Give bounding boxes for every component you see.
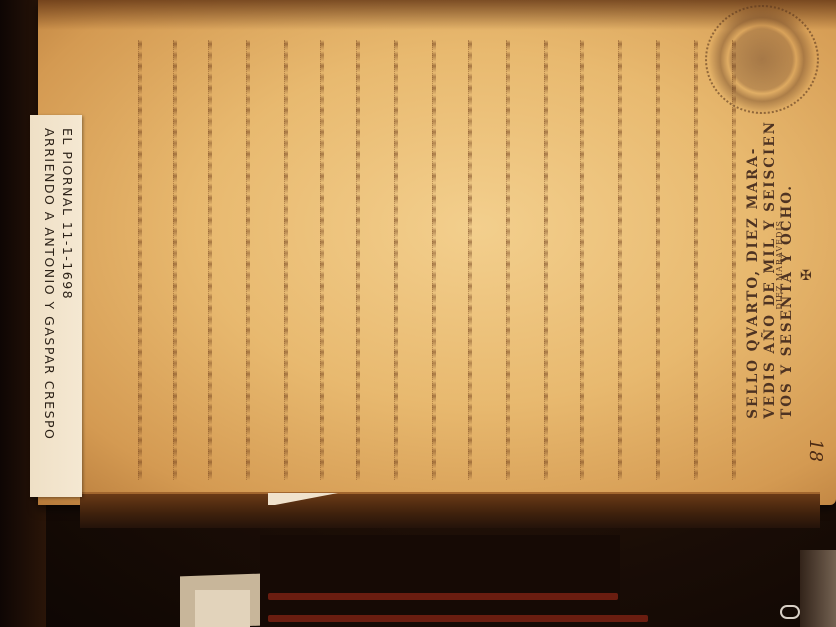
handwritten-line — [618, 40, 622, 480]
folio-number: 18 — [805, 439, 826, 462]
page-stack-edge — [80, 492, 820, 528]
handwritten-line — [394, 40, 398, 480]
handwritten-line — [138, 40, 142, 480]
handwritten-line — [468, 40, 472, 480]
binding-red-band — [268, 615, 648, 622]
book-binding — [260, 535, 620, 627]
handwritten-line — [694, 40, 698, 480]
handwritten-line — [580, 40, 584, 480]
side-object — [800, 550, 836, 627]
stamp-line-1: SELLO QVARTO, DIEZ MARA- — [745, 147, 761, 419]
paper-clip-icon — [780, 605, 800, 619]
catalog-label-line-1: EL PIORNAL 11-1-1698 — [60, 128, 75, 300]
catalog-label-line-2: ARRIENDO A ANTONIO Y GASPAR CRESPO — [42, 128, 57, 440]
handwritten-line — [173, 40, 177, 480]
handwritten-line — [320, 40, 324, 480]
handwritten-line — [208, 40, 212, 480]
stamp-header: DIEZ MARAVEDIS — [775, 220, 784, 310]
stamp-text: SELLO QVARTO, DIEZ MARA- VEDIS AÑO DE MI… — [745, 120, 796, 419]
handwritten-line — [506, 40, 510, 480]
handwritten-line — [284, 40, 288, 480]
royal-seal-stamp — [705, 5, 819, 114]
handwritten-line — [356, 40, 360, 480]
note-paper — [195, 590, 250, 627]
cross-icon: ✠ — [800, 268, 812, 284]
handwritten-line — [432, 40, 436, 480]
handwritten-line — [246, 40, 250, 480]
handwritten-line — [544, 40, 548, 480]
handwritten-text-block — [128, 40, 748, 480]
binding-red-band — [268, 593, 618, 600]
handwritten-line — [656, 40, 660, 480]
